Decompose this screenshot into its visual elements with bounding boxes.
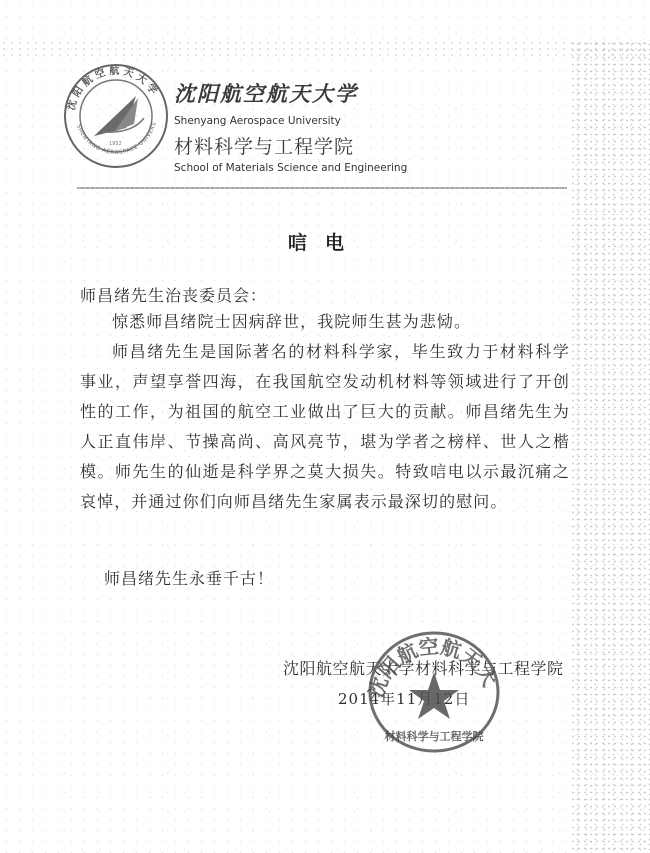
letterhead: 沈 阳 航 空 航 天 大 学 SHENYANG AEROSPACE UNIVE…	[62, 62, 582, 180]
scan-noise-band	[0, 40, 650, 60]
svg-text:1952: 1952	[109, 141, 122, 147]
university-name-en: Shenyang Aerospace University	[174, 115, 341, 127]
university-name-cn: 沈阳航空航天大学	[174, 78, 358, 108]
paragraph-2: 师昌绪先生是国际著名的材料科学家，毕生致力于材料科学事业，声望享誉四海，在我国航…	[80, 337, 570, 517]
scan-noise-edge	[570, 40, 650, 853]
svg-text:沈 阳 航 空 航 天 大 学: 沈 阳 航 空 航 天 大 学	[64, 64, 160, 112]
school-name-cn: 材料科学与工程学院	[174, 132, 354, 159]
school-name-en: School of Materials Science and Engineer…	[174, 162, 407, 174]
signature: 沈阳航空航天大学材料科学与工程学院	[283, 656, 564, 679]
salutation: 师昌绪先生治丧委员会：	[80, 283, 267, 306]
date: 2014年11月12日	[338, 688, 470, 709]
paragraph-1: 惊悉师昌绪院士因病辞世，我院师生甚为悲恸。	[80, 307, 570, 337]
university-logo-icon: 沈 阳 航 空 航 天 大 学 SHENYANG AEROSPACE UNIVE…	[62, 62, 170, 170]
seal-bottom-text: 材料科学与工程学院	[385, 729, 484, 743]
letterhead-divider	[77, 187, 567, 189]
closing-line: 师昌绪先生永垂千古！	[104, 566, 274, 589]
document-title: 唁电	[0, 228, 650, 255]
